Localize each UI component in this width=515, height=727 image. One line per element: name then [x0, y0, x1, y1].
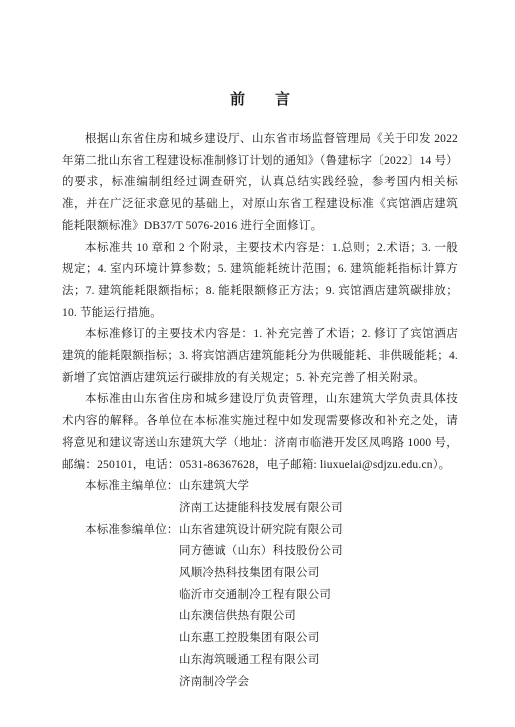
participant-editor-row: 济南制冷学会: [62, 672, 458, 694]
document-page: 前 言 根据山东省住房和城乡建设厅、山东省市场监督管理局《关于印发 2022 年…: [0, 0, 515, 727]
unit-name: 同方德诚（山东）科技股份公司: [179, 545, 343, 557]
unit-name: 山东省建筑设计研究院有限公司: [179, 524, 343, 536]
editing-units-section: 本标准主编单位：山东建筑大学 济南工达捷能科技发展有限公司 本标准参编单位：山东…: [62, 476, 458, 693]
chief-editor-label: 本标准主编单位：: [85, 476, 179, 498]
participant-editor-row: 风顺冷热科技集团有限公司: [62, 563, 458, 585]
participant-editor-row: 本标准参编单位：山东省建筑设计研究院有限公司: [62, 520, 458, 542]
participant-editor-row: 山东海筑暖通工程有限公司: [62, 650, 458, 672]
unit-name: 山东澳信供热有限公司: [179, 610, 296, 622]
paragraph-revisions: 本标准修订的主要技术内容是：1. 补充完善了术语；2. 修订了宾馆酒店建筑的能耗…: [62, 324, 458, 389]
unit-name: 山东惠工控股集团有限公司: [179, 632, 319, 644]
unit-name: 山东海筑暖通工程有限公司: [179, 654, 319, 666]
participant-editor-row: 山东澳信供热有限公司: [62, 606, 458, 628]
participant-editor-row: 山东惠工控股集团有限公司: [62, 628, 458, 650]
unit-name: 临沂市交通制冷工程有限公司: [179, 589, 331, 601]
paragraph-management: 本标准由山东省住房和城乡建设厅负责管理，山东建筑大学负责具体技术内容的解释。各单…: [62, 389, 458, 476]
chief-editor-row: 本标准主编单位：山东建筑大学: [62, 476, 458, 498]
unit-name: 济南制冷学会: [179, 676, 249, 688]
unit-name: 风顺冷热科技集团有限公司: [179, 567, 319, 579]
participant-editor-row: 同方德诚（山东）科技股份公司: [62, 541, 458, 563]
chief-editor-row: 济南工达捷能科技发展有限公司: [62, 498, 458, 520]
unit-name: 山东建筑大学: [179, 480, 249, 492]
paragraph-contents: 本标准共 10 章和 2 个附录，主要技术内容是：1.总则；2.术语；3. 一般…: [62, 238, 458, 325]
paragraph-basis: 根据山东省住房和城乡建设厅、山东省市场监督管理局《关于印发 2022 年第二批山…: [62, 129, 458, 238]
participant-editor-row: 临沂市交通制冷工程有限公司: [62, 585, 458, 607]
page-title: 前 言: [62, 91, 458, 109]
participant-editor-label: 本标准参编单位：: [85, 520, 179, 542]
unit-name: 济南工达捷能科技发展有限公司: [179, 502, 343, 514]
